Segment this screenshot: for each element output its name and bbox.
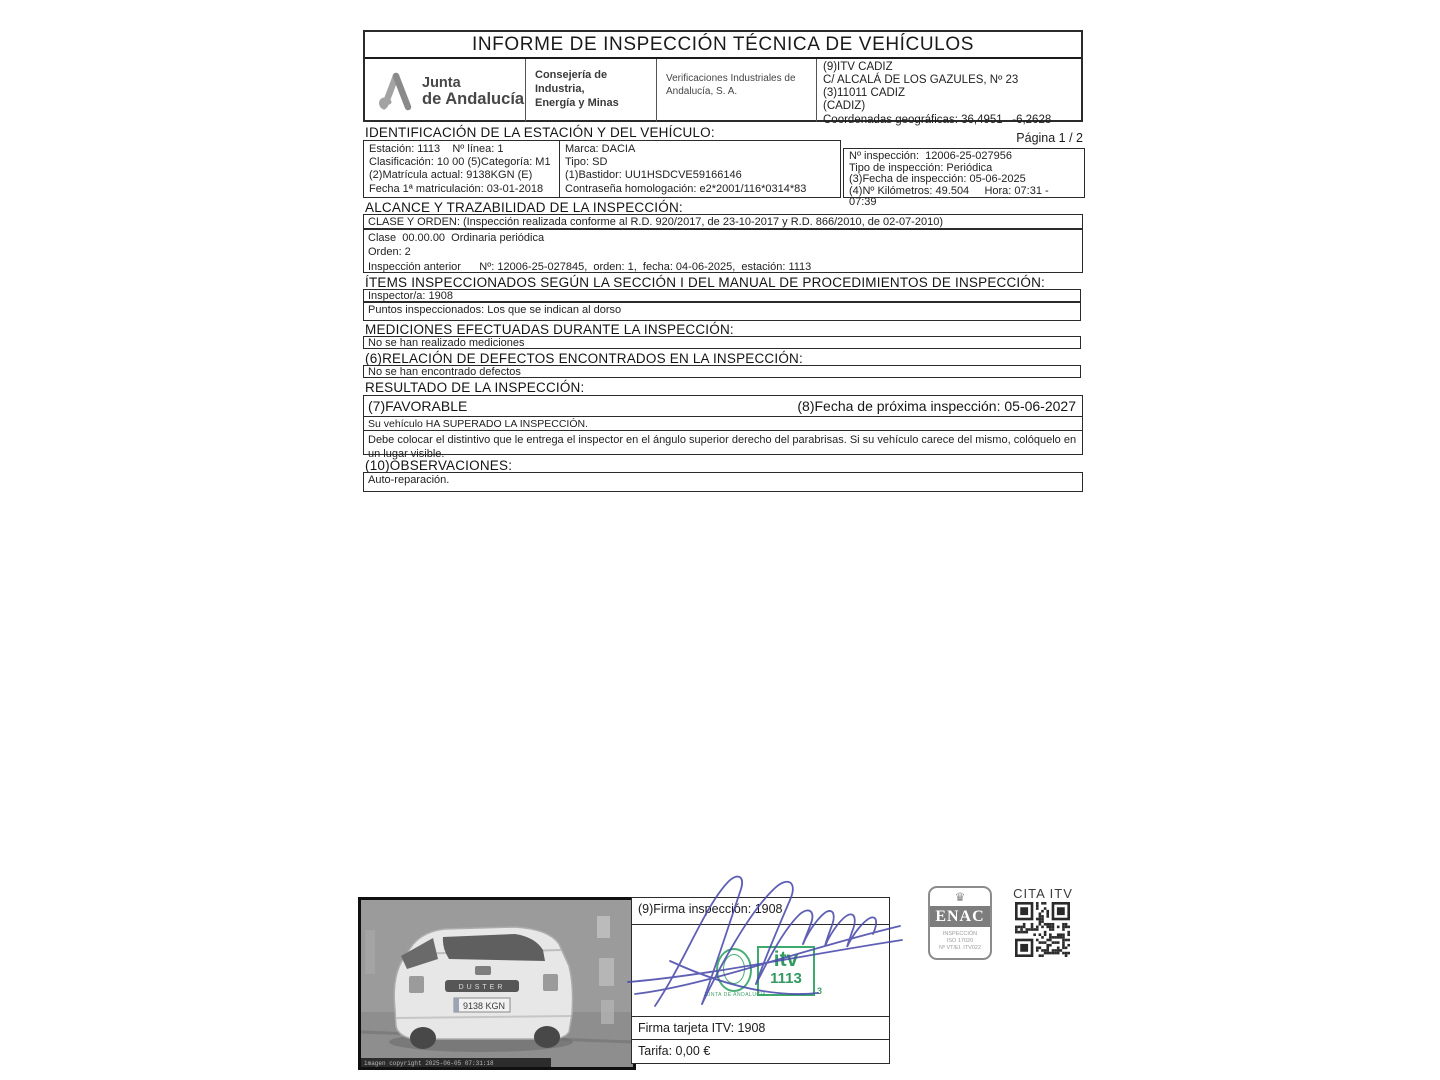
junta-name-line1: Junta <box>422 75 524 91</box>
consejeria-line1: Consejería de Industria, <box>535 68 656 96</box>
mediciones-box: No se han realizado mediciones <box>363 336 1081 349</box>
puntos-box: Puntos inspeccionados: Los que se indica… <box>363 302 1081 321</box>
stamp-station-number: 1113 <box>759 971 813 987</box>
vehicle-line: Marca: DACIA <box>565 143 835 156</box>
firma-tarjeta-row: Firma tarjeta ITV: 1908 <box>632 1016 889 1039</box>
inspection-line: (4)Nº Kilómetros: 49.504 Hora: 07:31 - 0… <box>849 186 1079 209</box>
alcance-heading: ALCANCE Y TRAZABILIDAD DE LA INSPECCIÓN: <box>365 200 683 215</box>
observaciones-heading: (10)OBSERVACIONES: <box>365 458 512 473</box>
stamp-itv-label: itv <box>759 949 813 971</box>
inspeccion-anterior-line: Inspección anterior Nº: 12006-25-027845,… <box>368 260 1078 274</box>
observaciones-box: Auto-reparación. <box>363 472 1083 492</box>
enac-line: Nº VT/EI. ITV022 <box>930 945 990 952</box>
geo-coordinates: Coordenadas geográficas: 36,4951 -6,2628 <box>823 114 1081 127</box>
station-address-cell: (9)ITV CADIZ C/ ALCALÁ DE LOS GAZULES, N… <box>816 59 1081 122</box>
address-line: (3)11011 CADIZ <box>823 87 1081 100</box>
mediciones-heading: MEDICIONES EFECTUADAS DURANTE LA INSPECC… <box>365 322 734 337</box>
enac-name: ENAC <box>930 906 990 927</box>
proxima-inspeccion: (8)Fecha de próxima inspección: 05-06-20… <box>797 398 1076 414</box>
vehicle-data-box: Marca: DACIA Tipo: SD (1)Bastidor: UU1HS… <box>559 140 841 198</box>
verificaciones-line1: Verificaciones Industriales de <box>666 73 816 86</box>
clase-line: Clase 00.00.00 Ordinaria periódica <box>368 231 1078 245</box>
consejeria-cell: Consejería de Industria, Energía y Minas <box>525 59 656 122</box>
defectos-heading: (6)RELACIÓN DE DEFECTOS ENCONTRADOS EN L… <box>365 351 803 366</box>
header-logo-row: Junta de Andalucía Consejería de Industr… <box>365 59 1081 122</box>
station-line: (2)Matrícula actual: 9138KGN (E) <box>369 169 554 182</box>
address-line: (CADIZ) <box>823 100 1081 113</box>
vehicle-photo-image: DUSTER 9138 KGN imagen copyright 2025-06… <box>361 900 633 1067</box>
model-badge-text: DUSTER <box>459 984 506 991</box>
vehicle-line: Contraseña homologación: e2*2001/116*031… <box>565 183 835 196</box>
junta-seal-icon <box>716 948 752 992</box>
defectos-box: No se han encontrado defectos <box>363 365 1081 378</box>
license-plate-text: 9138 KGN <box>463 1001 505 1011</box>
vehicle-line: (1)Bastidor: UU1HSDCVE59166146 <box>565 169 835 182</box>
enac-crown-icon: ♛ <box>930 888 990 906</box>
page-number: Página 1 / 2 <box>900 131 1083 145</box>
clase-detail-box: Clase 00.00.00 Ordinaria periódica Orden… <box>363 229 1083 273</box>
superado-line: Su vehículo HA SUPERADO LA INSPECCIÓN. <box>364 417 1082 431</box>
station-line: Estación: 1113 Nº línea: 1 <box>369 143 554 156</box>
itv-station-stamp: itv 1113 <box>757 946 815 996</box>
items-heading: ÍTEMS INSPECCIONADOS SEGÚN LA SECCIÓN I … <box>365 275 1045 290</box>
scanned-itv-report: INFORME DE INSPECCIÓN TÉCNICA DE VEHÍCUL… <box>0 0 1440 1080</box>
vehicle-line: Tipo: SD <box>565 156 835 169</box>
resultado-heading: RESULTADO DE LA INSPECCIÓN: <box>365 380 584 395</box>
vehicle-photo: DUSTER 9138 KGN imagen copyright 2025-06… <box>358 897 636 1070</box>
inspector-box: Inspector/a: 1908 <box>363 289 1081 302</box>
station-line: Clasificación: 10 00 (5)Categoría: M1 <box>369 156 554 169</box>
firma-inspeccion-row: (9)Firma inspección: 1908 <box>632 898 889 925</box>
junta-logo-cell: Junta de Andalucía <box>365 59 525 122</box>
orden-line: Orden: 2 <box>368 245 1078 259</box>
inspection-line: Nº inspección: 12006-25-027956 <box>849 151 1079 163</box>
photo-timestamp-caption: imagen copyright 2025-06-05 07:31:18 <box>364 1060 494 1067</box>
junta-andalucia-logo-icon <box>375 69 415 113</box>
page-title: INFORME DE INSPECCIÓN TÉCNICA DE VEHÍCUL… <box>365 32 1081 59</box>
consejeria-line2: Energía y Minas <box>535 96 656 110</box>
cita-itv-qr-code-icon <box>1015 902 1070 957</box>
inspection-data-box: Nº inspección: 12006-25-027956 Tipo de i… <box>843 148 1085 198</box>
cita-itv-label: CITA ITV <box>1013 886 1073 901</box>
address-line: C/ ALCALÁ DE LOS GAZULES, Nº 23 <box>823 74 1081 87</box>
identification-heading: IDENTIFICACIÓN DE LA ESTACIÓN Y DEL VEHÍ… <box>365 125 715 140</box>
verificaciones-cell: Verificaciones Industriales de Andalucía… <box>656 59 816 122</box>
verificaciones-line2: Andalucía, S. A. <box>666 86 816 99</box>
enac-line: INSPECCIÓN <box>930 931 990 938</box>
address-line: (9)ITV CADIZ <box>823 61 1081 74</box>
resultado-box: (7)FAVORABLE (8)Fecha de próxima inspecc… <box>363 395 1083 455</box>
junta-name-line2: de Andalucía <box>422 91 524 107</box>
station-data-box: Estación: 1113 Nº línea: 1 Clasificación… <box>363 140 560 198</box>
resultado-favorable: (7)FAVORABLE <box>368 398 467 414</box>
enac-seal-icon: ♛ ENAC INSPECCIÓN ISO 17020 Nº VT/EI. IT… <box>928 886 992 960</box>
header-box: INFORME DE INSPECCIÓN TÉCNICA DE VEHÍCUL… <box>363 30 1083 122</box>
enac-line: ISO 17020 <box>930 938 990 945</box>
tarifa-row: Tarifa: 0,00 € <box>632 1039 889 1063</box>
stamp-corner-mark: 3 <box>817 986 822 996</box>
station-line: Fecha 1ª matriculación: 03-01-2018 <box>369 183 554 196</box>
clase-orden-box: CLASE Y ORDEN: (Inspección realizada con… <box>363 214 1083 229</box>
